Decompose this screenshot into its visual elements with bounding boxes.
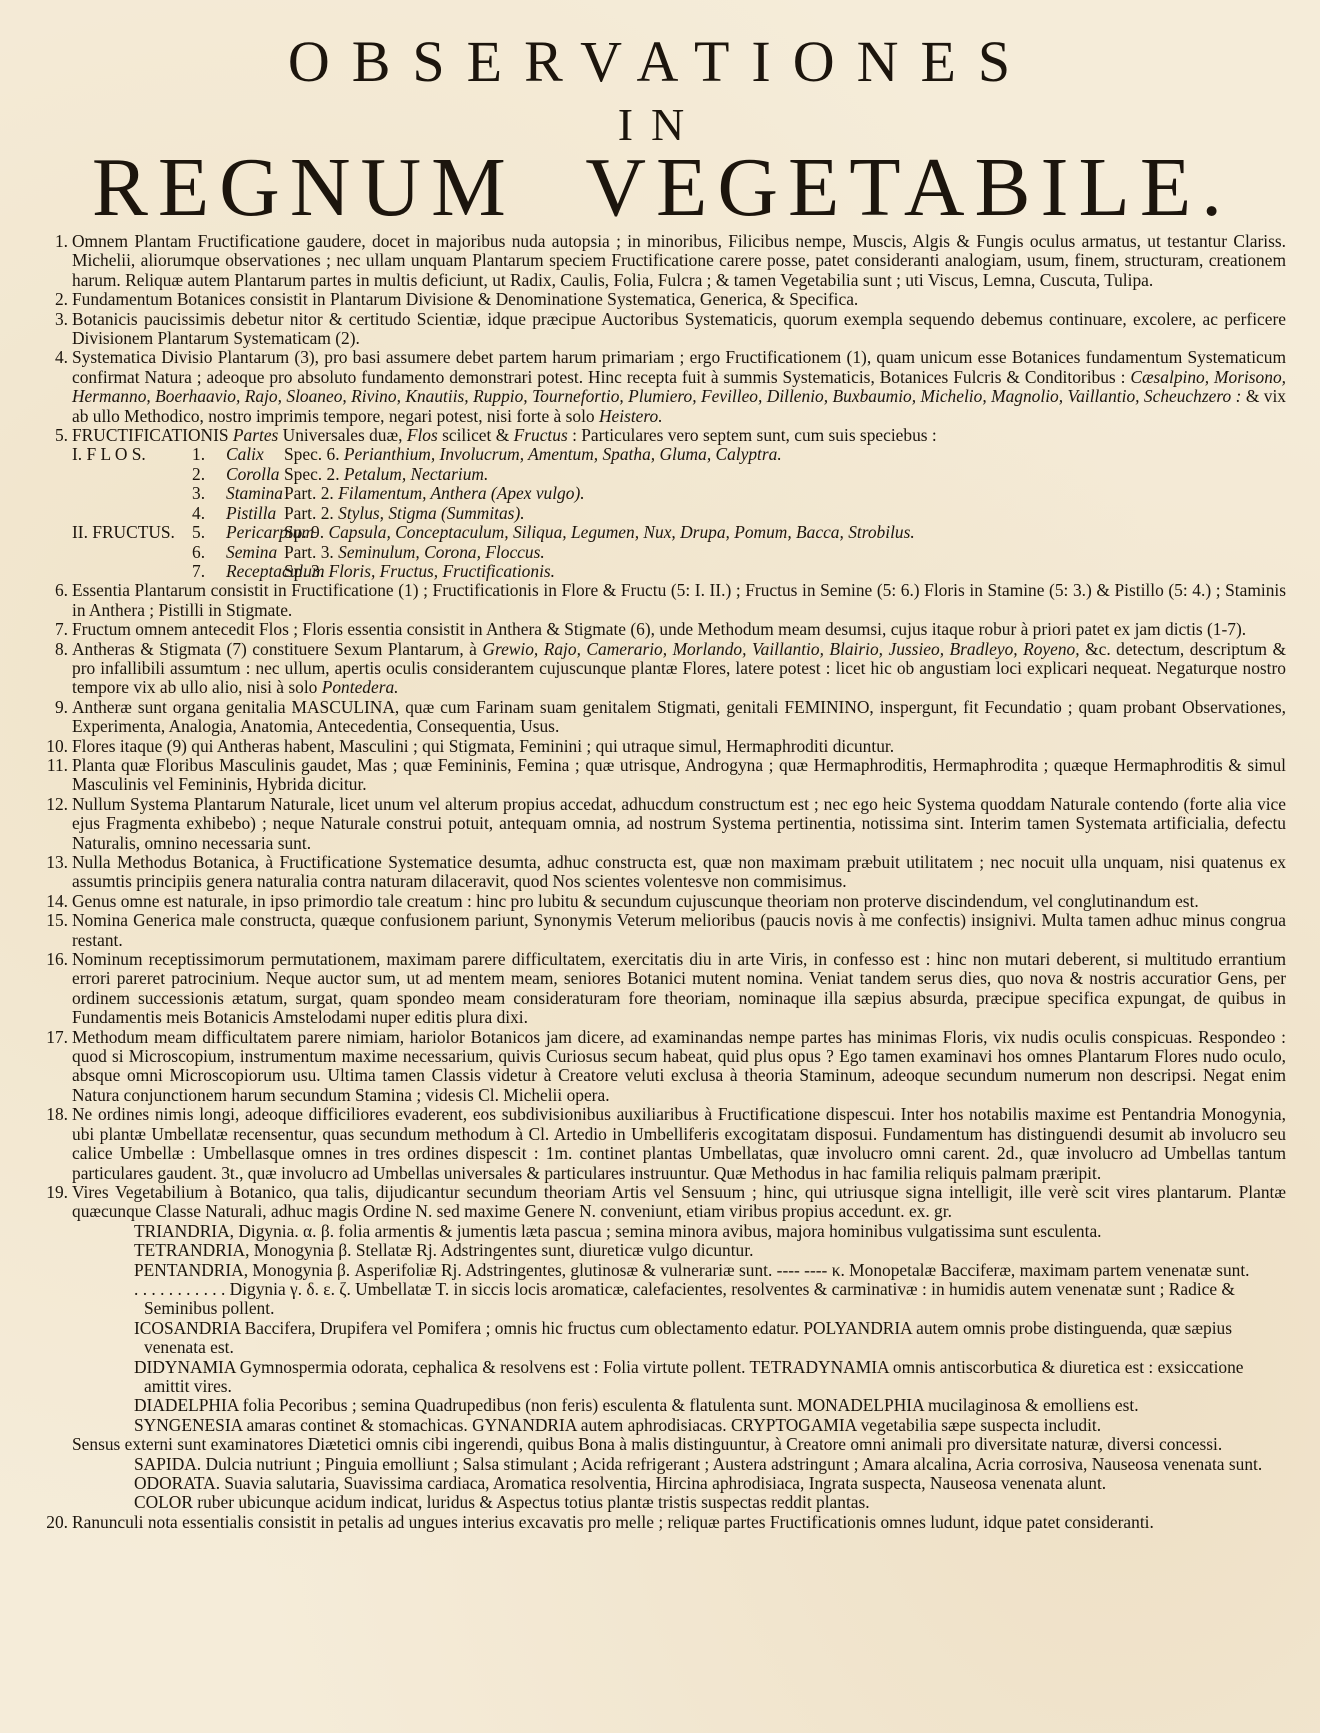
group-label xyxy=(72,484,192,503)
sensus-paragraph: Sensus externi sunt examinatores Diæteti… xyxy=(38,1435,1286,1454)
part-name: Semina xyxy=(226,542,277,562)
paragraph-text: Nomina Generica male constructa, quæque … xyxy=(72,910,1286,949)
paragraph-text: Ne ordines nimis longi, adeoque difficil… xyxy=(72,1104,1286,1182)
paragraph-number: 6. xyxy=(38,581,68,600)
part-kind: Part. 2. xyxy=(284,503,334,523)
row-number: 6. xyxy=(192,543,226,562)
table-row: 3.StaminaPart. 2. Filamentum, Anthera (A… xyxy=(38,484,1286,503)
sense-list: SAPIDA. Dulcia nutriunt ; Pinguia emolli… xyxy=(38,1455,1286,1513)
paragraph-number: 18. xyxy=(38,1105,68,1124)
paragraph-10: 10.Flores itaque (9) qui Antheras habent… xyxy=(38,737,1286,756)
paragraph-text: Fundamentum Botanices consistit in Plant… xyxy=(72,289,858,309)
sense-line: ODORATA. Suavia salutaria, Suavissima ca… xyxy=(38,1474,1286,1493)
vires-line: TETRANDRIA, Monogynia β. Stellatæ Rj. Ad… xyxy=(38,1241,1286,1260)
paragraph-8: 8.Antheras & Stigmata (7) constituere Se… xyxy=(38,640,1286,698)
title-line-3: REGNUM VEGETABILE. xyxy=(12,148,1312,228)
paragraph-6: 6.Essentia Plantarum consistit in Fructi… xyxy=(38,581,1286,620)
paragraph-number: 20. xyxy=(38,1513,68,1532)
paragraph-text: Essentia Plantarum consistit in Fructifi… xyxy=(72,580,1286,619)
paragraph-20: 20.Ranunculi nota essentialis consistit … xyxy=(38,1513,1286,1532)
paragraph-text: Planta quæ Floribus Masculinis gaudet, M… xyxy=(72,755,1286,794)
group-label: I. F L O S. xyxy=(72,445,192,464)
group-label: II. FRUCTUS. xyxy=(72,523,192,542)
paragraph-number: 2. xyxy=(38,290,68,309)
sense-line: COLOR ruber ubicunque acidum indicat, lu… xyxy=(38,1493,1286,1512)
paragraph-number: 19. xyxy=(38,1183,68,1202)
paragraph-12: 12.Nullum Systema Plantarum Naturale, li… xyxy=(38,795,1286,853)
paragraph-19: 19.Vires Vegetabilium à Botanico, qua ta… xyxy=(38,1183,1286,1222)
part-kind: Part. 3. xyxy=(284,542,334,562)
part-items: Floris, Fructus, Fructificationis. xyxy=(328,561,555,581)
paragraph-number: 11. xyxy=(38,756,68,775)
group-label xyxy=(72,504,192,523)
table-row: 2.CorollaSpec. 2. Petalum, Nectarium. xyxy=(38,465,1286,484)
vires-line: . . . . . . . . . . . Digynia γ. δ. ε. ζ… xyxy=(38,1280,1286,1319)
paragraph-text: Methodum meam difficultatem parere nimia… xyxy=(72,1027,1286,1105)
table-row: 4.PistillaPart. 2. Stylus, Stigma (Summi… xyxy=(38,504,1286,523)
author-name: Heistero. xyxy=(599,406,663,426)
paragraph-number: 12. xyxy=(38,795,68,814)
title-line-1: OBSERVATIONES xyxy=(0,32,1320,92)
paragraph-number: 4. xyxy=(38,348,68,367)
paragraph-text: : Particulares vero septem sunt, cum sui… xyxy=(572,425,937,445)
paragraph-number: 14. xyxy=(38,892,68,911)
vires-line: PENTANDRIA, Monogynia β. Asperifoliæ Rj.… xyxy=(38,1261,1286,1280)
group-label xyxy=(72,562,192,581)
paragraph-15: 15.Nomina Generica male constructa, quæq… xyxy=(38,911,1286,950)
author-name: Pontedera. xyxy=(322,677,399,697)
paragraph-text: Vires Vegetabilium à Botanico, qua talis… xyxy=(72,1182,1286,1221)
vires-line: DIDYNAMIA Gymnospermia odorata, cephalic… xyxy=(38,1358,1286,1397)
paragraph-text: Ranunculi nota essentialis consistit in … xyxy=(72,1512,1154,1532)
paragraph-number: 13. xyxy=(38,853,68,872)
row-number: 5. xyxy=(192,523,226,542)
part-items: Capsula, Conceptaculum, Siliqua, Legumen… xyxy=(328,522,914,542)
vires-line: SYNGENESIA amaras continet & stomachicas… xyxy=(38,1416,1286,1435)
paragraph-4: 4.Systematica Divisio Plantarum (3), pro… xyxy=(38,348,1286,426)
paragraph-13: 13.Nulla Methodus Botanica, à Fructifica… xyxy=(38,853,1286,892)
paragraph-11: 11.Planta quæ Floribus Masculinis gaudet… xyxy=(38,756,1286,795)
paragraph-14: 14.Genus omne est naturale, in ipso prim… xyxy=(38,892,1286,911)
paragraph-text: Nulla Methodus Botanica, à Fructificatio… xyxy=(72,852,1286,891)
row-number: 2. xyxy=(192,465,226,484)
italic-term: Partes xyxy=(233,425,278,445)
part-kind: Spec. 2. xyxy=(284,464,340,484)
paragraph-text: Genus omne est naturale, in ipso primord… xyxy=(72,891,1199,911)
table-row: II. FRUCTUS.5.PericarpiumSp. 9. Capsula,… xyxy=(38,523,1286,542)
vires-line: TRIANDRIA, Digynia. α. β. folia armentis… xyxy=(38,1222,1286,1241)
paragraph-text: Fructum omnem antecedit Flos ; Floris es… xyxy=(72,619,1246,639)
paragraph-18: 18.Ne ordines nimis longi, adeoque diffi… xyxy=(38,1105,1286,1183)
row-number: 1. xyxy=(192,445,226,464)
part-items: Filamentum, Anthera (Apex vulgo). xyxy=(338,483,584,503)
paragraph-5: 5.FRUCTIFICATIONIS Partes Universales du… xyxy=(38,426,1286,445)
paragraph-text: Omnem Plantam Fructificatione gaudere, d… xyxy=(72,231,1286,290)
group-label xyxy=(72,465,192,484)
part-name: Pistilla xyxy=(226,503,276,523)
paragraph-number: 15. xyxy=(38,911,68,930)
paragraph-number: 3. xyxy=(38,310,68,329)
paragraph-number: 5. xyxy=(38,426,68,445)
italic-term: Flos xyxy=(407,425,438,445)
paragraph-text: Nominum receptissimorum permutationem, m… xyxy=(72,949,1286,1027)
paragraph-text: Antheræ sunt organa genitalia MASCULINA,… xyxy=(72,697,1286,736)
part-kind: Spec. 6. xyxy=(284,444,340,464)
table-row: 7.ReceptaculumSp. 3. Floris, Fructus, Fr… xyxy=(38,562,1286,581)
paragraph-9: 9.Antheræ sunt organa genitalia MASCULIN… xyxy=(38,698,1286,737)
part-name: Stamina xyxy=(226,483,283,503)
paragraph-text: Universales duæ, xyxy=(283,425,403,445)
table-row: I. F L O S.1.CalixSpec. 6. Perianthium, … xyxy=(38,445,1286,464)
section-head: FRUCTIFICATIONIS xyxy=(72,425,229,445)
part-items: Stylus, Stigma (Summitas). xyxy=(338,503,524,523)
vires-line: DIADELPHIA folia Pecoribus ; semina Quad… xyxy=(38,1396,1286,1415)
paragraph-number: 1. xyxy=(38,232,68,251)
paragraph-16: 16.Nominum receptissimorum permutationem… xyxy=(38,950,1286,1028)
paragraph-number: 8. xyxy=(38,640,68,659)
part-name: Calix xyxy=(226,444,264,464)
part-name: Corolla xyxy=(226,464,279,484)
paragraph-text: Antheras & Stigmata (7) constituere Sexu… xyxy=(72,639,477,659)
italic-term: Fructus xyxy=(514,425,568,445)
group-label xyxy=(72,543,192,562)
author-list: Grewio, Rajo, Camerario, Morlando, Vaill… xyxy=(482,639,1079,659)
paragraph-number: 7. xyxy=(38,620,68,639)
part-kind: Sp. 9. xyxy=(284,522,324,542)
paragraph-text: Botanicis paucissimis debetur nitor & ce… xyxy=(72,309,1286,348)
row-number: 7. xyxy=(192,562,226,581)
paragraph-number: 10. xyxy=(38,737,68,756)
paragraph-2: 2.Fundamentum Botanices consistit in Pla… xyxy=(38,290,1286,309)
paragraph-number: 16. xyxy=(38,950,68,969)
paragraph-3: 3.Botanicis paucissimis debetur nitor & … xyxy=(38,310,1286,349)
paragraph-text: Flores itaque (9) qui Antheras habent, M… xyxy=(72,736,894,756)
sense-line: SAPIDA. Dulcia nutriunt ; Pinguia emolli… xyxy=(38,1455,1286,1474)
vires-list: TRIANDRIA, Digynia. α. β. folia armentis… xyxy=(38,1222,1286,1435)
paragraph-7: 7.Fructum omnem antecedit Flos ; Floris … xyxy=(38,620,1286,639)
fructification-table: I. F L O S.1.CalixSpec. 6. Perianthium, … xyxy=(38,445,1286,581)
paragraph-text: scilicet & xyxy=(442,425,509,445)
paragraph-1: 1.Omnem Plantam Fructificatione gaudere,… xyxy=(38,232,1286,290)
paragraph-17: 17.Methodum meam difficultatem parere ni… xyxy=(38,1028,1286,1106)
table-row: 6.SeminaPart. 3. Seminulum, Corona, Floc… xyxy=(38,543,1286,562)
vires-line: ICOSANDRIA Baccifera, Drupifera vel Pomi… xyxy=(38,1319,1286,1358)
part-items: Seminulum, Corona, Floccus. xyxy=(338,542,545,562)
row-number: 4. xyxy=(192,504,226,523)
body-text: 1.Omnem Plantam Fructificatione gaudere,… xyxy=(38,232,1286,1532)
paragraph-text: Nullum Systema Plantarum Naturale, licet… xyxy=(72,794,1286,853)
paragraph-number: 17. xyxy=(38,1028,68,1047)
paragraph-number: 9. xyxy=(38,698,68,717)
part-items: Petalum, Nectarium. xyxy=(344,464,488,484)
paragraph-text: Systematica Divisio Plantarum (3), pro b… xyxy=(72,347,1286,386)
part-items: Perianthium, Involucrum, Amentum, Spatha… xyxy=(344,444,782,464)
part-kind: Part. 2. xyxy=(284,483,334,503)
part-kind: Sp. 3. xyxy=(284,561,324,581)
row-number: 3. xyxy=(192,484,226,503)
